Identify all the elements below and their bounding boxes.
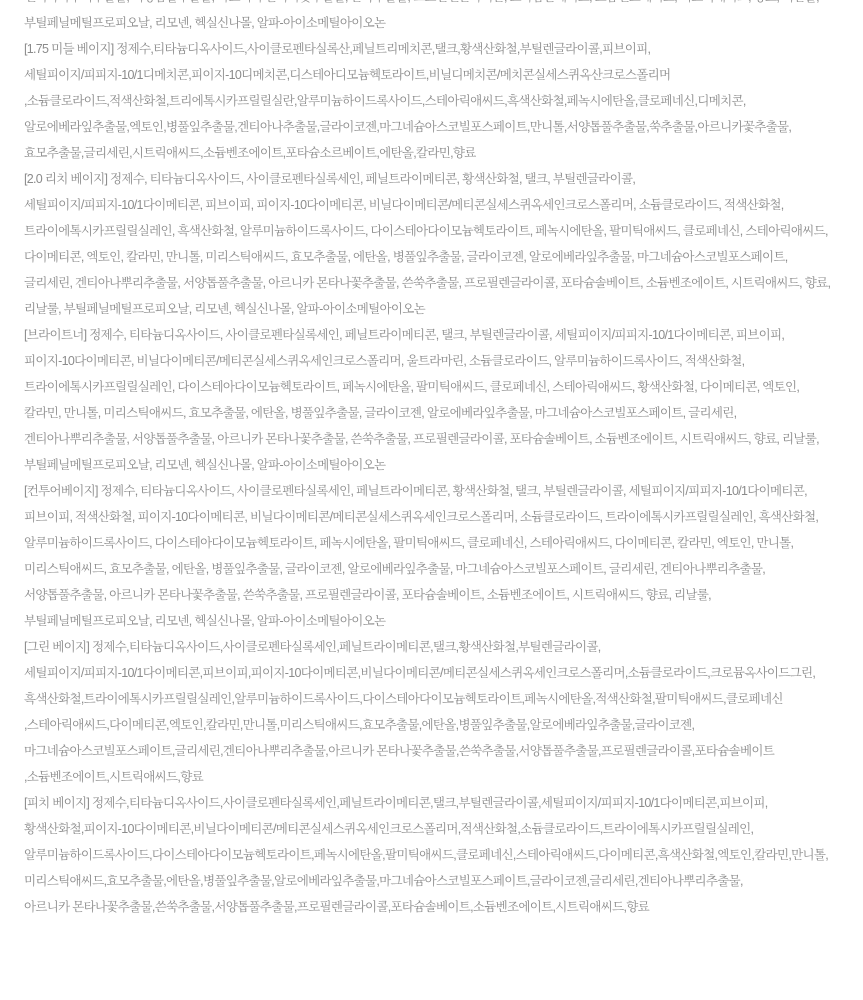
text-line: 황색산화철,피이지-10다이메티콘,비닐다이메티콘/메티콘실세스퀴옥세인크로스폴… [24,816,839,842]
text-line: 세틸피이지/피피지-10/1다이메티콘, 피브이피, 피이지-10다이메티콘, … [24,192,839,218]
text-line: 피브이피, 적색산화철, 피이지-10다이메티콘, 비닐다이메티콘/메티콘실세스… [24,504,839,530]
text-line: 흑색산화철,트라이에톡시카프릴릴실레인,알루미늄하이드록사이드,다이스테아다이모… [24,686,839,712]
text-line: 부틸페닐메틸프로피오날, 리모넨, 헥실신나몰, 알파-아이소메틸아이오논 [24,608,839,634]
ingredient-list-page: 겐티아나뿌리추출물, 서양톱풀추출물, 아르니카 몬타나꽃추출물, 쓴쑥추출물,… [0,0,863,1000]
text-line: 겐티아나뿌리추출물, 서양톱풀추출물, 아르니카 몬타나꽃추출물, 쓴쑥추출물,… [24,426,839,452]
text-line: 알루미늄하이드록사이드,다이스테아다이모늄헥토라이트,페녹시에탄올,팔미틱애씨드… [24,842,839,868]
text-line: 트라이에톡시카프릴릴실레인, 흑색산화철, 알루미늄하이드록사이드, 다이스테아… [24,218,839,244]
text-line: 리날룰, 부틸페닐메틸프로피오날, 리모넨, 헥실신나몰, 알파-아이소메틸아이… [24,296,839,322]
text-line: 트라이에톡시카프릴릴실레인, 다이스테아다이모늄헥토라이트, 페녹시에탄올, 팔… [24,374,839,400]
text-line: 마그네슘아스코빌포스페이트,글리세린,겐티아나뿌리추출물,아르니카 몬타나꽃추출… [24,738,839,764]
text-line: 세틸피이지/피피지-10/1다이메티콘,피브이피,피이지-10다이메티콘,비닐다… [24,660,839,686]
text-line: 칼라민, 만니톨, 미리스틱애씨드, 효모추출물, 에탄올, 병풀잎추출물, 글… [24,400,839,426]
text-line: [1.75 미들 베이지] 정제수,티타늄디옥사이드,사이클로펜타실록산,페닐트… [24,36,839,62]
text-line: 미리스틱애씨드,효모추출물,에탄올,병풀잎추출물,알로에베라잎추출물,마그네슘아… [24,868,839,894]
text-line: 부틸페닐메틸프로피오날, 리모넨, 헥실신나몰, 알파-아이소메틸아이오논 [24,10,839,36]
text-line: 효모추출물,글리세린,시트릭애씨드,소듐벤조에이트,포타슘소르베이트,에탄올,칼… [24,140,839,166]
text-line-clipped: 겐티아나뿌리추출물, 서양톱풀추출물, 아르니카 몬타나꽃추출물, 쓴쑥추출물,… [24,0,839,10]
text-line: ,스테아릭애씨드,다이메티콘,엑토인,칼라민,만니톨,미리스틱애씨드,효모추출물… [24,712,839,738]
text-line: ,소듐클로라이드,적색산화철,트리에톡시카프릴릴실란,알루미늄하이드록사이드,스… [24,88,839,114]
text-line: 서양톱풀추출물, 아르니카 몬타나꽃추출물, 쓴쑥추출물, 프로필렌글라이콜, … [24,582,839,608]
text-line: [브라이트너] 정제수, 티타늄디옥사이드, 사이클로펜타실록세인, 페닐트라이… [24,322,839,348]
text-line: [그린 베이지] 정제수,티타늄디옥사이드,사이클로펜타실록세인,페닐트라이메티… [24,634,839,660]
text-line: 미리스틱애씨드, 효모추출물, 에탄올, 병풀잎추출물, 글라이코젠, 알로에베… [24,556,839,582]
text-line: 부틸페닐메틸프로피오날, 리모넨, 헥실신나몰, 알파-아이소메틸아이오논 [24,452,839,478]
text-line: 알루미늄하이드록사이드, 다이스테아다이모늄헥토라이트, 페녹시에탄올, 팔미틱… [24,530,839,556]
text-line: [2.0 리치 베이지] 정제수, 티타늄디옥사이드, 사이클로펜타실록세인, … [24,166,839,192]
text-line: 다이메티콘, 엑토인, 칼라민, 만니톨, 미리스틱애씨드, 효모추출물, 에탄… [24,244,839,270]
text-line: ,소듐벤조에이트,시트릭애씨드,향료 [24,764,839,790]
text-line: [컨투어베이지] 정제수, 티타늄디옥사이드, 사이클로펜타실록세인, 페닐트라… [24,478,839,504]
ingredient-text-block: 겐티아나뿌리추출물, 서양톱풀추출물, 아르니카 몬타나꽃추출물, 쓴쑥추출물,… [24,0,839,920]
text-line: 아르니카 몬타나꽃추출물,쓴쑥추출물,서양톱풀추출물,프로필렌글라이콜,포타슘솔… [24,894,839,920]
text-line: 피이지-10다이메티콘, 비닐다이메티콘/메티콘실세스퀴옥세인크로스폴리머, 울… [24,348,839,374]
text-line: 세틸피이지/피피지-10/1디메치콘,피이지-10디메치콘,디스테아디모늄헥토라… [24,62,839,88]
text-line: [피치 베이지] 정제수,티타늄디옥사이드,사이클로펜타실록세인,페닐트라이메티… [24,790,839,816]
text-line: 알로에베라잎추출물,엑토인,병풀잎추출물,겐티아나추출물,글라이코젠,마그네슘아… [24,114,839,140]
text-line: 글리세린, 겐티아나뿌리추출물, 서양톱풀추출물, 아르니카 몬타나꽃추출물, … [24,270,839,296]
